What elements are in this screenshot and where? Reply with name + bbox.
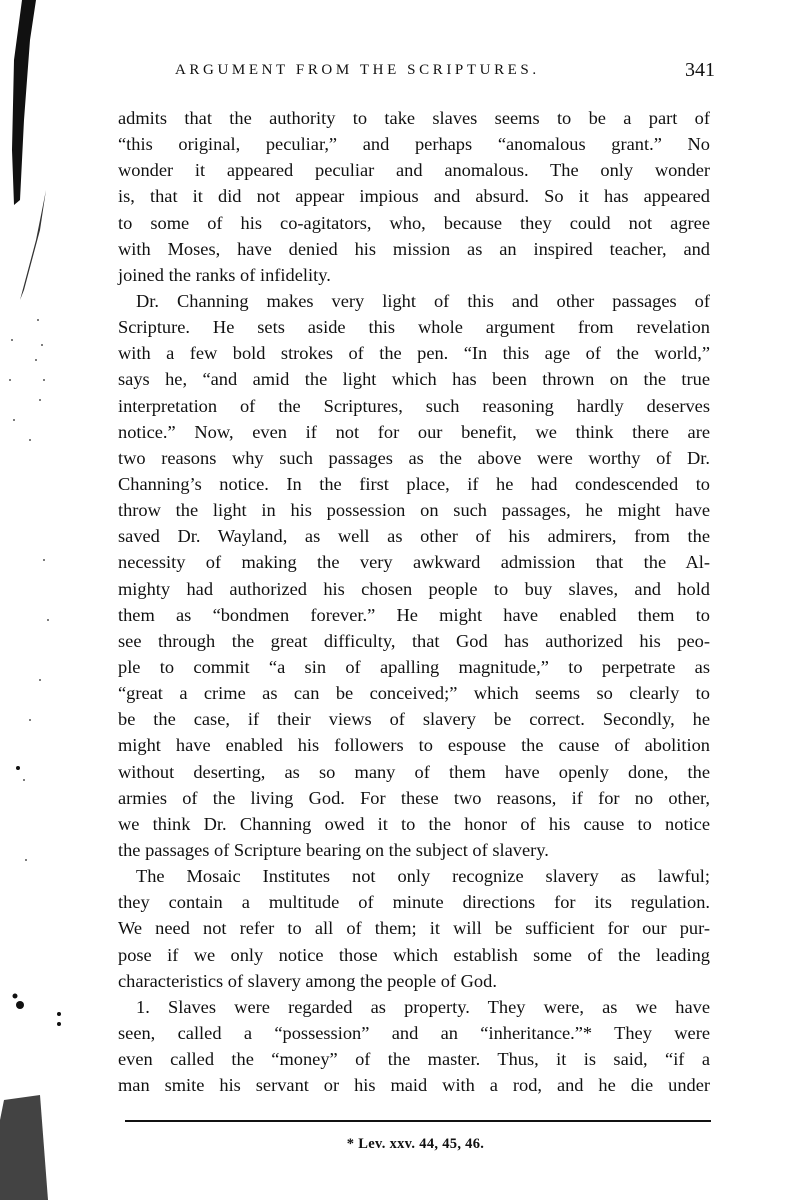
text-line: characteristics of slavery among the peo… — [118, 968, 710, 994]
text-line: without deserting, as so many of them ha… — [118, 759, 710, 785]
text-line: admits that the authority to take slaves… — [118, 105, 710, 131]
text-line: armies of the living God. For these two … — [118, 785, 710, 811]
text-line: even called the “money” of the master. T… — [118, 1046, 710, 1072]
text-line: notice.” Now, even if not for our benefi… — [118, 419, 710, 445]
text-line: joined the ranks of infidelity. — [118, 262, 710, 288]
text-line: saved Dr. Wayland, as well as other of h… — [118, 523, 710, 549]
text-line: to some of his co-agitators, who, becaus… — [118, 210, 710, 236]
text-line: is, that it did not appear impious and a… — [118, 183, 710, 209]
text-line: seen, called a “possession” and an “inhe… — [118, 1020, 710, 1046]
footnote-rule — [125, 1120, 711, 1122]
text-line: “great a crime as can be conceived;” whi… — [118, 680, 710, 706]
text-line: We need not refer to all of them; it wil… — [118, 915, 710, 941]
text-line: Channing’s notice. In the first place, i… — [118, 471, 710, 497]
text-line: necessity of making the very awkward adm… — [118, 549, 710, 575]
text-line: wonder it appeared peculiar and anomalou… — [118, 157, 710, 183]
text-line: pose if we only notice those which estab… — [118, 942, 710, 968]
text-line: Scripture. He sets aside this whole argu… — [118, 314, 710, 340]
body-text: admits that the authority to take slaves… — [118, 105, 710, 1098]
text-line: mighty had authorized his chosen people … — [118, 576, 710, 602]
text-line: 1. Slaves were regarded as property. The… — [118, 994, 710, 1020]
text-line: them as “bondmen forever.” He might have… — [118, 602, 710, 628]
text-line: the passages of Scripture bearing on the… — [118, 837, 710, 863]
text-line: “this original, peculiar,” and perhaps “… — [118, 131, 710, 157]
page-number: 341 — [685, 59, 715, 82]
text-line: see through the great difficulty, that G… — [118, 628, 710, 654]
page-gutter-shadow — [0, 0, 95, 1200]
text-line: Dr. Channing makes very light of this an… — [118, 288, 710, 314]
text-line: with Moses, have denied his mission as a… — [118, 236, 710, 262]
text-line: throw the light in his possession on suc… — [118, 497, 710, 523]
text-line: with a few bold strokes of the pen. “In … — [118, 340, 710, 366]
book-page: ARGUMENT FROM THE SCRIPTURES. 341 admits… — [0, 0, 795, 1200]
text-line: interpretation of the Scriptures, such r… — [118, 393, 710, 419]
text-line: The Mosaic Institutes not only recognize… — [118, 863, 710, 889]
text-line: we think Dr. Channing owed it to the hon… — [118, 811, 710, 837]
text-line: says he, “and amid the light which has b… — [118, 366, 710, 392]
text-line: ple to commit “a sin of apalling magnitu… — [118, 654, 710, 680]
footnote-text: * Lev. xxv. 44, 45, 46. — [347, 1136, 484, 1152]
text-line: they contain a multitude of minute direc… — [118, 889, 710, 915]
text-line: two reasons why such passages as the abo… — [118, 445, 710, 471]
text-line: man smite his servant or his maid with a… — [118, 1072, 710, 1098]
text-line: might have enabled his followers to espo… — [118, 732, 710, 758]
page-header: ARGUMENT FROM THE SCRIPTURES. 341 — [175, 60, 715, 86]
footnote: * Lev. xxv. 44, 45, 46. — [0, 1136, 795, 1153]
running-head: ARGUMENT FROM THE SCRIPTURES. — [175, 62, 540, 79]
text-line: be the case, if their views of slavery b… — [118, 706, 710, 732]
